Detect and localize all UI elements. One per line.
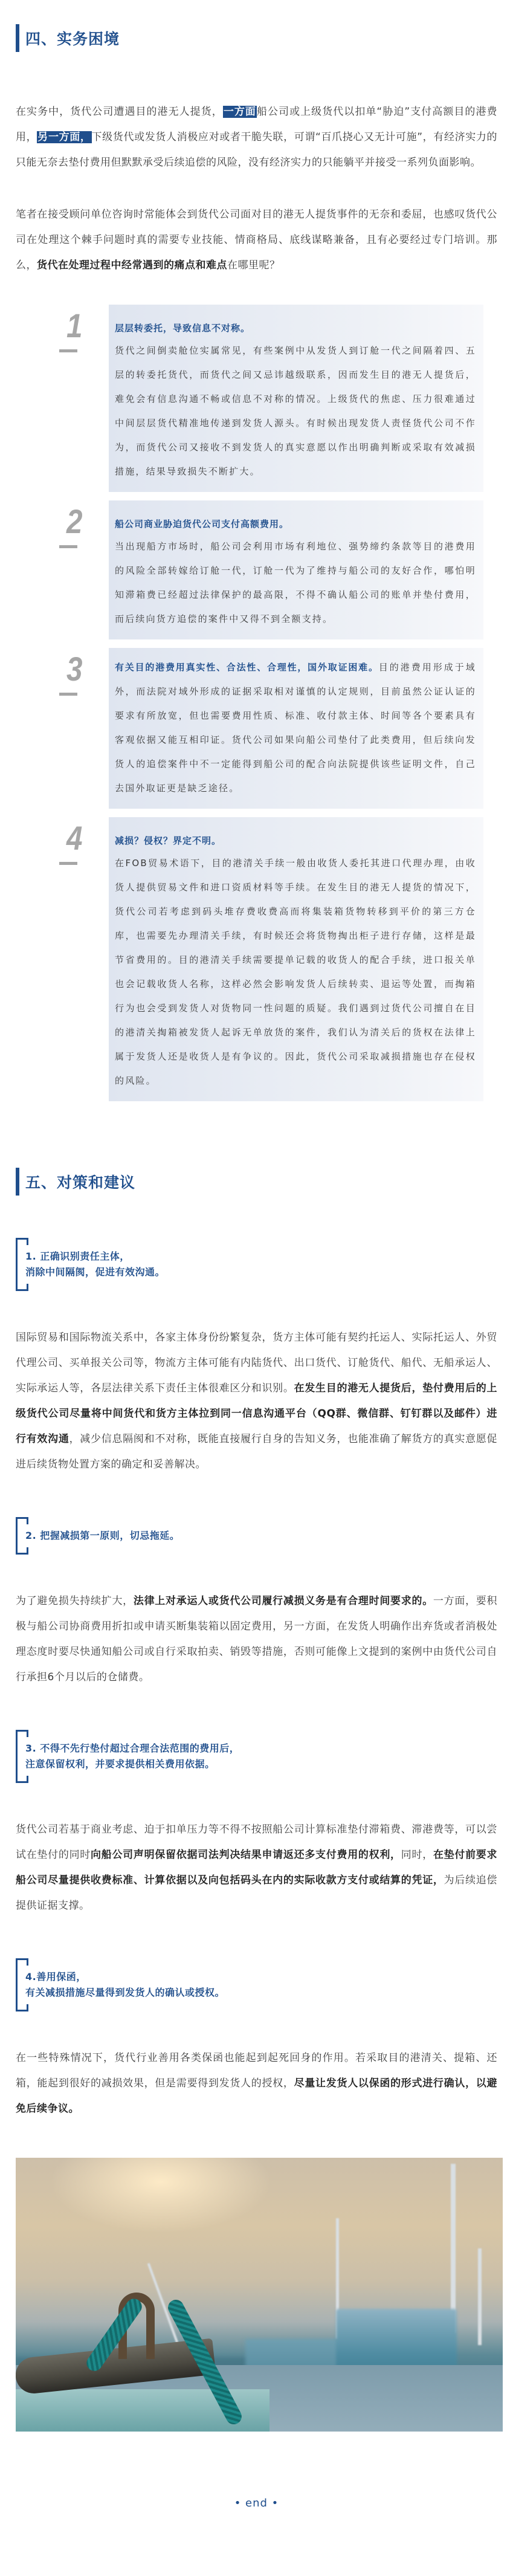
heading-accent-bar xyxy=(16,24,19,52)
second-paragraph: 笔者在接受顾问单位咨询时常能体会到货代公司面对目的港无人提货事件的无奈和委屈，也… xyxy=(16,202,497,278)
card-content: 船公司商业胁迫货代公司支付高额费用。 当出现船方市场时，船公司会利用市场有利地位… xyxy=(109,500,483,639)
section-title: 五、对策和建议 xyxy=(25,1171,135,1193)
card-title: 减损？侵权？界定不明。 xyxy=(115,830,476,851)
pain-point-card: 3 有关目的港费用真实性、合法性、合理性，国外取证困难。目的港费用形成于域外，而… xyxy=(50,648,483,809)
card-text: 货代之间倒卖舱位实属常见，有些案例中从发货人到订舱一代之间隔着四、五层的转委托货… xyxy=(115,338,476,484)
pain-point-card: 4 减损？侵权？界定不明。 在FOB贸易术语下，目的港清关手续一般由收货人委托其… xyxy=(50,817,483,1101)
highlight-text: 一方面 xyxy=(223,106,257,118)
card-title: 层层转委托，导致信息不对称。 xyxy=(115,318,476,338)
subheading-2: 2. 把握减损第一原则，切忌拖延。 xyxy=(16,1517,179,1555)
bold-text: 向船公司声明保留依据司法判决结果申请返还多支付费用的权利， xyxy=(91,1849,401,1861)
bold-text: 货代在处理过程中经常遇到的痛点和难点 xyxy=(37,259,227,271)
card-content: 减损？侵权？界定不明。 在FOB贸易术语下，目的港清关手续一般由收货人委托其进口… xyxy=(109,817,483,1101)
paragraph: 在一些特殊情况下，货代行业善用各类保函也能起到起死回身的作用。若采取目的港清关、… xyxy=(16,2045,497,2121)
heading-accent-bar xyxy=(16,1168,19,1196)
subheading-1: 1. 正确识别责任主体， 消除中间隔阂，促进有效沟通。 xyxy=(16,1238,165,1291)
section-heading-5: 五、对策和建议 xyxy=(16,1168,497,1196)
paragraph: 货代公司若基于商业考虑、迫于扣单压力等不得不按照船公司计算标准垫付滞箱费、滞港费… xyxy=(16,1817,497,1918)
card-title: 有关目的港费用真实性、合法性、合理性，国外取证困难。 xyxy=(115,662,379,673)
pain-point-card: 2 船公司商业胁迫货代公司支付高额费用。 当出现船方市场时，船公司会利用市场有利… xyxy=(50,500,483,639)
card-text: 当出现船方市场时，船公司会利用市场有利地位、强势缔约条款等目的港费用的风险全部转… xyxy=(115,534,476,631)
highlight-text: 另一方面， xyxy=(37,131,91,143)
card-number: 4 xyxy=(50,817,109,878)
card-content: 层层转委托，导致信息不对称。 货代之间倒卖舱位实属常见，有些案例中从发货人到订舱… xyxy=(109,305,483,492)
card-title: 船公司商业胁迫货代公司支付高额费用。 xyxy=(115,514,476,534)
card-number: 2 xyxy=(50,500,109,561)
section-title: 四、实务困境 xyxy=(25,27,120,49)
harbor-photo xyxy=(16,2158,503,2432)
article: 四、实务困境 在实务中，货代公司遭遇目的港无人提货，一方面船公司或上级货代以扣单… xyxy=(0,0,513,2576)
section-heading-4: 四、实务困境 xyxy=(16,24,497,52)
bracket-decoration xyxy=(16,1958,27,2011)
card-text: 在FOB贸易术语下，目的港清关手续一般由收货人委托其进口代理办理，由收货人提供贸… xyxy=(115,851,476,1093)
bracket-decoration xyxy=(16,1730,27,1783)
bracket-decoration xyxy=(16,1238,27,1291)
mooring-bollard xyxy=(16,2317,233,2432)
paragraph: 国际贸易和国际物流关系中，各家主体身份纷繁复杂，货方主体可能有契约托运人、实际托… xyxy=(16,1325,497,1477)
paragraph: 为了避免损失持续扩大，法律上对承运人或货代公司履行减损义务是有合理时间要求的。一… xyxy=(16,1588,497,1690)
subheading-4: 4.善用保函， 有关减损措施尽量得到发货人的确认或授权。 xyxy=(16,1958,225,2011)
subheading-3: 3. 不得不先行垫付超过合理合法范围的费用后， 注意保留权利，并要求提供相关费用… xyxy=(16,1730,239,1783)
bold-text: 法律上对承运人或货代公司履行减损义务是有合理时间要求的。 xyxy=(134,1595,433,1607)
card-number: 1 xyxy=(50,305,109,365)
bracket-decoration xyxy=(16,1517,27,1555)
pain-point-card: 1 层层转委托，导致信息不对称。 货代之间倒卖舱位实属常见，有些案例中从发货人到… xyxy=(50,305,483,492)
number-underline xyxy=(59,349,77,352)
card-number: 3 xyxy=(50,648,109,708)
number-underline xyxy=(59,862,77,865)
card-text: 有关目的港费用真实性、合法性、合理性，国外取证困难。目的港费用形成于域外，而法院… xyxy=(115,655,476,800)
intro-paragraph: 在实务中，货代公司遭遇目的港无人提货，一方面船公司或上级货代以扣单“胁迫”支付高… xyxy=(16,99,497,175)
number-underline xyxy=(59,693,77,696)
end-marker: • end • xyxy=(16,2497,497,2510)
card-content: 有关目的港费用真实性、合法性、合理性，国外取证困难。目的港费用形成于域外，而法院… xyxy=(109,648,483,809)
number-underline xyxy=(59,545,77,548)
